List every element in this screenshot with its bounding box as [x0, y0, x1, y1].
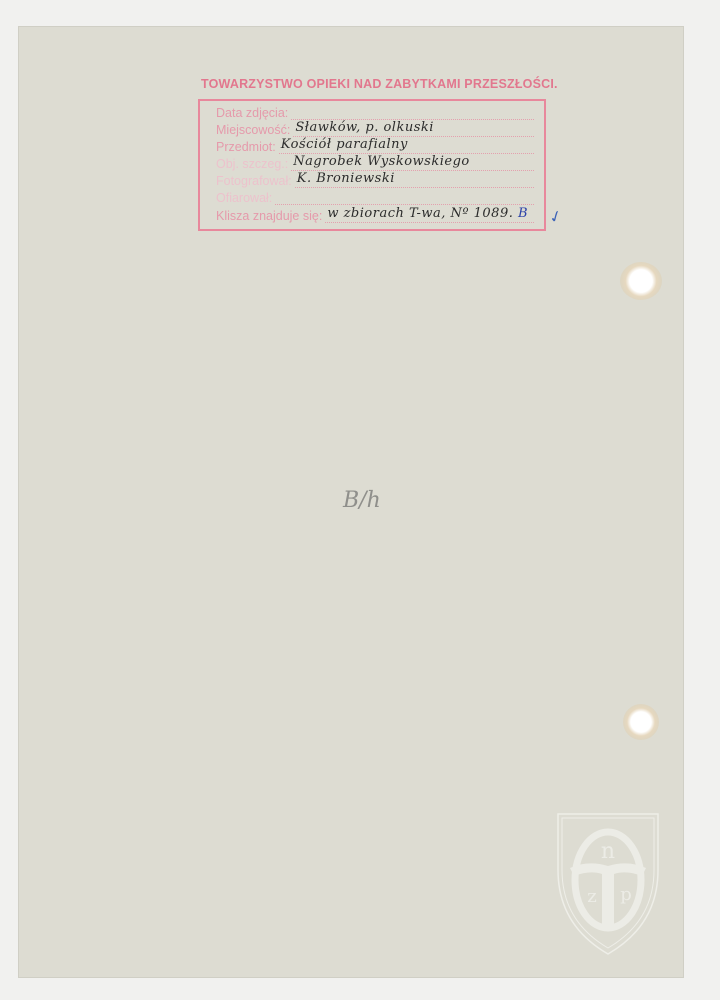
stamp-field-line: w zbiorach T-wa, Nº 1089. B [325, 206, 534, 223]
nzp-shield-watermark-icon: n z p [548, 800, 668, 960]
stamp-row-donor: Ofiarował: [216, 187, 534, 205]
pencil-note: B/h [343, 488, 381, 513]
svg-text:n: n [601, 839, 615, 864]
stamp-row-photographer: Fotografował: K. Broniewski [216, 170, 534, 188]
stamp-row-subject: Przedmiot: Kościół parafialny [216, 136, 534, 154]
stamp-label: Fotografował: [216, 174, 292, 188]
svg-text:p: p [620, 884, 632, 905]
stamp-label: Przedmiot: [216, 140, 276, 154]
paper-hole-top [620, 262, 662, 300]
handwritten-value: Nagrobek Wyskowskiego [293, 154, 470, 169]
stamp-row-location: Miejscowość: Sławków, p. olkuski [216, 119, 534, 137]
stamp-field-line: K. Broniewski [295, 171, 534, 188]
stamp-field-line: Sławków, p. olkuski [293, 120, 534, 137]
handwritten-value: Sławków, p. olkuski [295, 120, 434, 135]
paper-hole-bottom [623, 704, 659, 740]
svg-text:z: z [587, 886, 596, 907]
stamp-label: Klisza znajduje się: [216, 209, 322, 223]
negative-suffix: B [518, 206, 528, 221]
stamp-title: TOWARZYSTWO OPIEKI NAD ZABYTKAMI PRZESZŁ… [201, 77, 561, 91]
stamp-field-line: Nagrobek Wyskowskiego [291, 154, 534, 171]
negative-location: w zbiorach T-wa, Nº 1089. [327, 206, 513, 221]
stamp-field-line [291, 103, 534, 120]
stamp-row-detail: Obj. szczeg.: Nagrobek Wyskowskiego [216, 153, 534, 171]
handwritten-value: w zbiorach T-wa, Nº 1089. B [327, 206, 528, 221]
stamp-label: Ofiarował: [216, 191, 272, 205]
stamp-label: Data zdjęcia: [216, 106, 288, 120]
stamp-label: Miejscowość: [216, 123, 290, 137]
handwritten-value: Kościół parafialny [281, 137, 408, 152]
handwritten-value: K. Broniewski [297, 171, 395, 186]
stamp-row-date: Data zdjęcia: [216, 102, 534, 120]
stamp-row-negative: Klisza znajduje się: w zbiorach T-wa, Nº… [216, 205, 534, 223]
stamp-field-line: Kościół parafialny [279, 137, 534, 154]
stamp-label: Obj. szczeg.: [216, 157, 288, 171]
stamp-field-line [275, 188, 534, 205]
